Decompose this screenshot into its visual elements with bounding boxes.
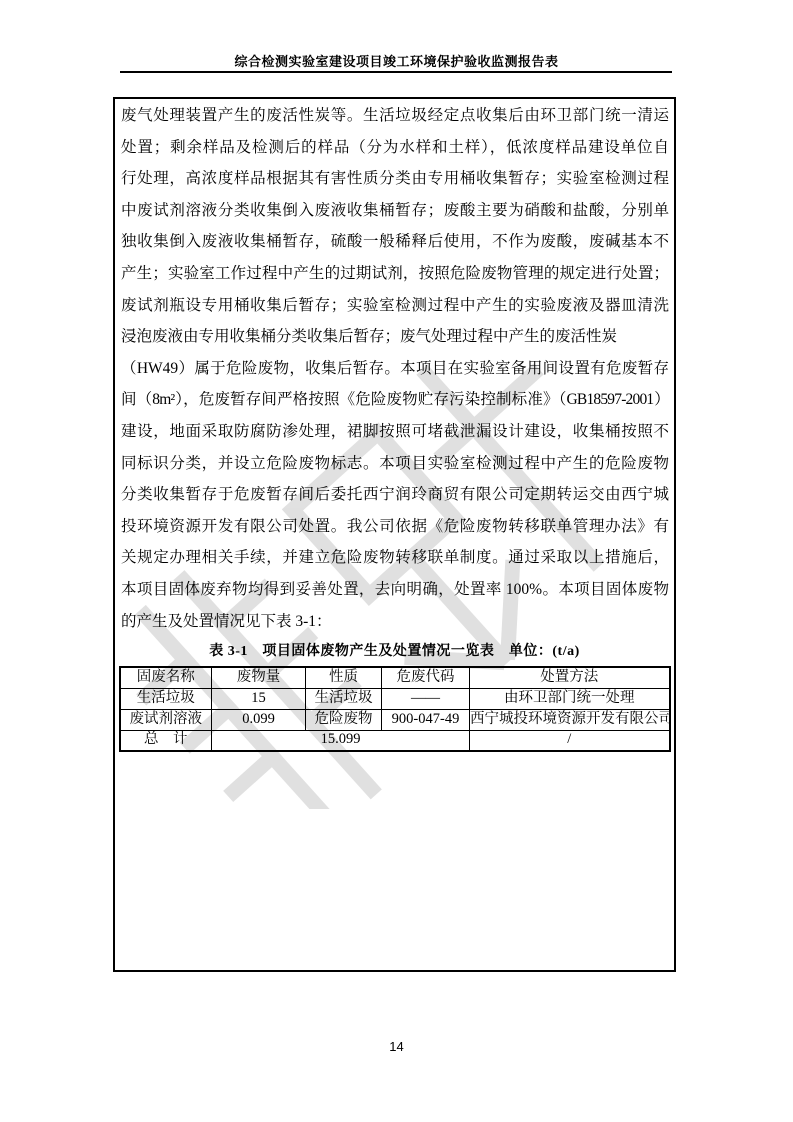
header-cell-property: 性质 — [306, 667, 382, 688]
cell-disposal: 西宁城投环境资源开发有限公司 — [470, 709, 670, 730]
body-line: 本项目固体废弃物均得到妥善处置，去向明确，处置率 100%。本项目固体废物 — [121, 574, 669, 606]
table-row: 生活垃圾 15 生活垃圾 —— 由环卫部门统一处理 — [120, 688, 670, 709]
cell-total-label: 总 计 — [120, 730, 212, 751]
cell-waste-amount: 15 — [212, 688, 306, 709]
table-caption: 表 3-1 项目固体废物产生及处置情况一览表 单位：(t/a) — [115, 640, 674, 660]
header-cell-waste-name: 固废名称 — [120, 667, 212, 688]
body-line: 废气处理装置产生的废活性炭等。生活垃圾经定点收集后由环卫部门统一清运 — [121, 100, 669, 132]
content-border-box: 废气处理装置产生的废活性炭等。生活垃圾经定点收集后由环卫部门统一清运 处置；剩余… — [113, 97, 676, 972]
body-line: 的产生及处置情况见下表 3-1： — [121, 606, 669, 638]
cell-waste-name: 废试剂溶液 — [120, 709, 212, 730]
cell-total-value: 15.099 — [212, 730, 470, 751]
running-header-title: 综合检测实验室建设项目竣工环境保护验收监测报告表 — [0, 51, 793, 70]
header-rule — [120, 71, 672, 73]
table-total-row: 总 计 15.099 / — [120, 730, 670, 751]
header-cell-waste-amount: 废物量 — [212, 667, 306, 688]
table-header-row: 固废名称 废物量 性质 危废代码 处置方法 — [120, 667, 670, 688]
cell-property: 生活垃圾 — [306, 688, 382, 709]
cell-hazard-code: 900-047-49 — [382, 709, 470, 730]
header-cell-hazard-code: 危废代码 — [382, 667, 470, 688]
solid-waste-table: 固废名称 废物量 性质 危废代码 处置方法 生活垃圾 15 生活垃圾 —— 由环… — [119, 666, 671, 752]
cell-waste-name: 生活垃圾 — [120, 688, 212, 709]
cell-total-disposal: / — [470, 730, 670, 751]
body-line: 间（8m²），危废暂存间严格按照《危险废物贮存污染控制标准》（GB18597-2… — [121, 384, 669, 416]
body-line: 产生；实验室工作过程中产生的过期试剂，按照危险废物管理的规定进行处置； — [121, 258, 669, 290]
body-line: 独收集倒入废液收集桶暂存，硫酸一般稀释后使用，不作为废酸，废碱基本不 — [121, 226, 669, 258]
body-line: 投环境资源开发有限公司处置。我公司依据《危险废物转移联单管理办法》有 — [121, 511, 669, 543]
body-line: 同标识分类，并设立危险废物标志。本项目实验室检测过程中产生的危险废物 — [121, 448, 669, 480]
header-cell-disposal: 处置方法 — [470, 667, 670, 688]
body-line: 中废试剂溶液分类收集倒入废液收集桶暂存；废酸主要为硝酸和盐酸，分别单 — [121, 195, 669, 227]
table-row: 废试剂溶液 0.099 危险废物 900-047-49 西宁城投环境资源开发有限… — [120, 709, 670, 730]
body-line: 处置；剩余样品及检测后的样品（分为水样和土样），低浓度样品建设单位自 — [121, 132, 669, 164]
body-line: 行处理，高浓度样品根据其有害性质分类由专用桶收集暂存；实验室检测过程 — [121, 163, 669, 195]
cell-waste-amount: 0.099 — [212, 709, 306, 730]
body-line: 废试剂瓶设专用桶收集后暂存；实验室检测过程中产生的实验废液及器皿清洗 — [121, 290, 669, 322]
body-line: 浸泡废液由专用收集桶分类收集后暂存；废气处理过程中产生的废活性炭 — [121, 321, 669, 353]
page-number: 14 — [0, 1039, 793, 1054]
body-line: 分类收集暂存于危废暂存间后委托西宁润玲商贸有限公司定期转运交由西宁城 — [121, 479, 669, 511]
document-page: 综合检测实验室建设项目竣工环境保护验收监测报告表 — [0, 0, 793, 1122]
cell-disposal: 由环卫部门统一处理 — [470, 688, 670, 709]
cell-hazard-code: —— — [382, 688, 470, 709]
body-paragraph: 废气处理装置产生的废活性炭等。生活垃圾经定点收集后由环卫部门统一清运 处置；剩余… — [115, 99, 674, 637]
body-line: 关规定办理相关手续，并建立危险废物转移联单制度。通过采取以上措施后， — [121, 542, 669, 574]
body-line: （HW49）属于危险废物，收集后暂存。本项目在实验室备用间设置有危废暂存 — [121, 353, 669, 385]
body-line: 建设，地面采取防腐防渗处理，裙脚按照可堵截泄漏设计建设，收集桶按照不 — [121, 416, 669, 448]
cell-property: 危险废物 — [306, 709, 382, 730]
